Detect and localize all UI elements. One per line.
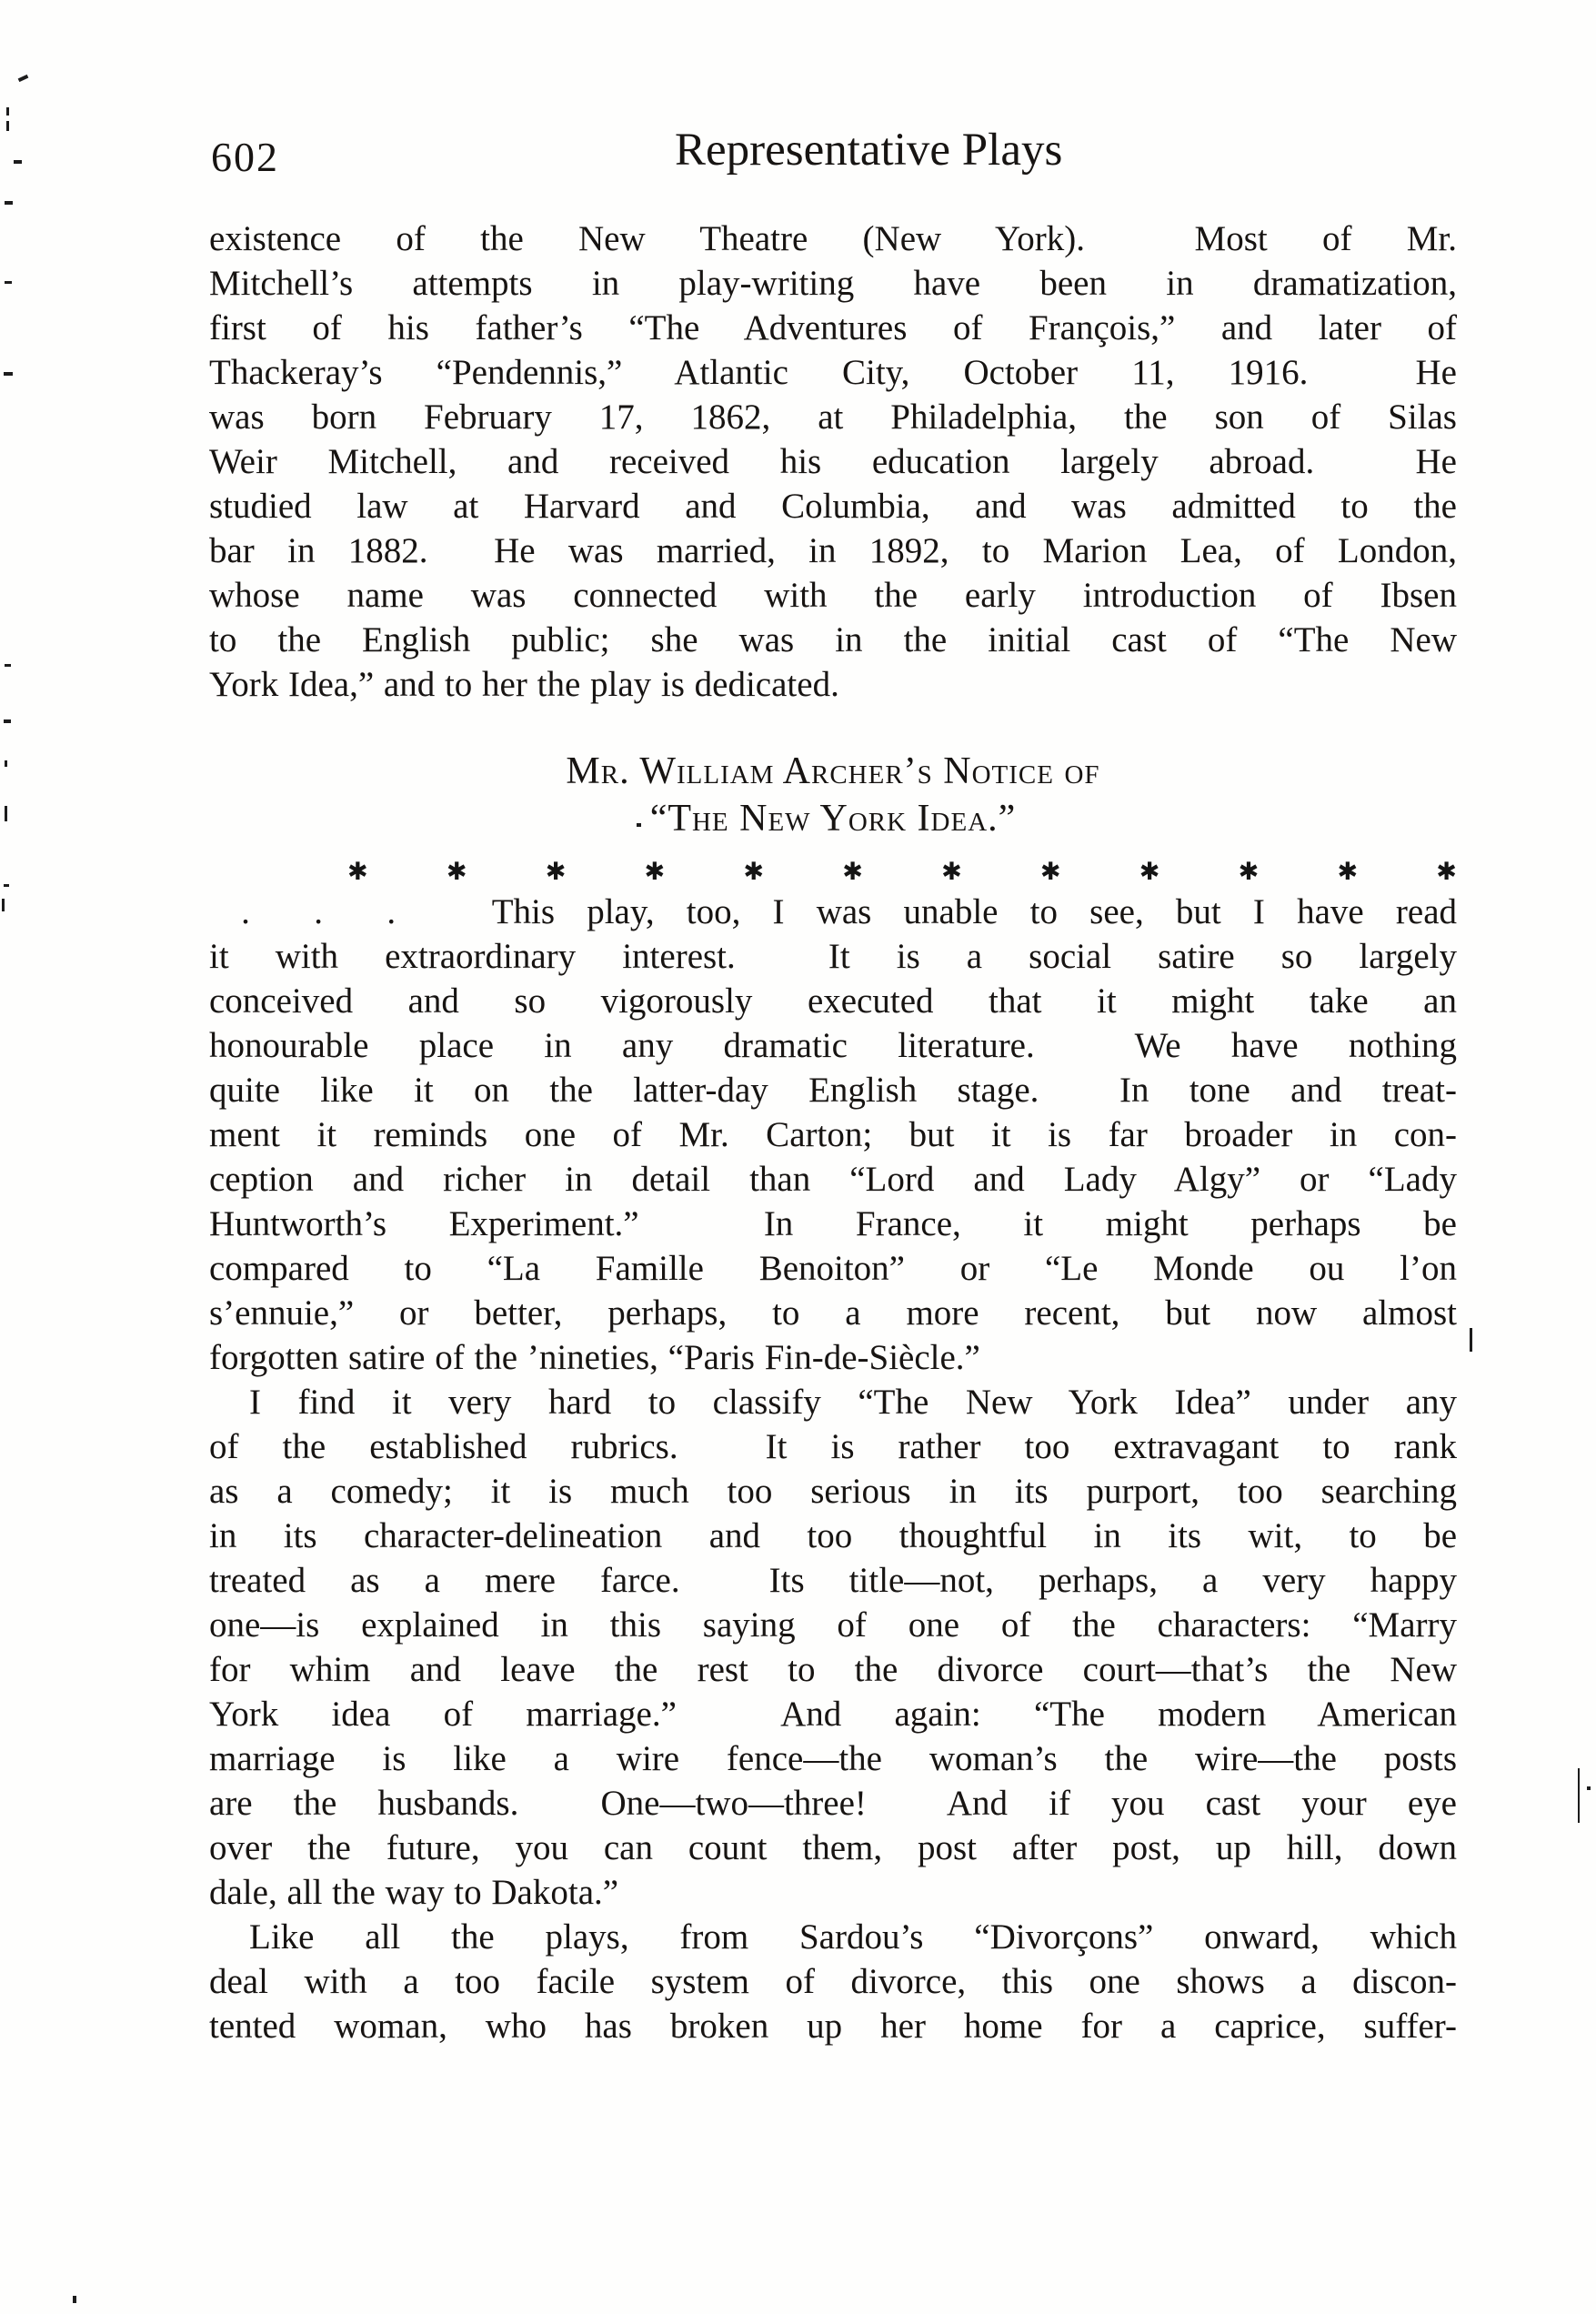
text-line: York Idea,” and to her the play is dedic… (209, 662, 1457, 707)
text-line: ment it reminds one of Mr. Carton; but i… (209, 1112, 1457, 1157)
paragraph-archer-review-1: . . . This play, too, I was unable to se… (209, 890, 1457, 1380)
asterisk-glyph: ✱ (447, 858, 467, 886)
scan-artifact (73, 2296, 76, 2303)
text-line: treated as a mere farce. Its title—not, … (209, 1558, 1457, 1603)
scan-artifact (1470, 1328, 1472, 1352)
text-line: Mitchell’s attempts in play-writing have… (209, 261, 1457, 306)
asterisk-glyph: ✱ (743, 858, 764, 886)
asterisk-glyph: ✱ (645, 858, 666, 886)
asterisk-glyph: ✱ (1139, 858, 1160, 886)
text-line: s’ennuie,” or better, perhaps, to a more… (209, 1291, 1457, 1335)
scan-artifact (2, 899, 5, 911)
notice-heading-line-1: Mr. William Archer’s Notice of (209, 748, 1457, 795)
text-line: tented woman, who has broken up her home… (209, 2004, 1457, 2048)
text-column: existence of the New Theatre (New York).… (209, 216, 1457, 2048)
text-line: . . . This play, too, I was unable to se… (209, 890, 1457, 934)
asterisk-glyph: ✱ (941, 858, 962, 886)
text-line: was born February 17, 1862, at Philadelp… (209, 395, 1457, 439)
text-line: bar in 1882. He was married, in 1892, to… (209, 528, 1457, 573)
scan-artifact (5, 760, 7, 767)
text-line: it with extraordinary interest. It is a … (209, 934, 1457, 979)
text-line: are the husbands. One—two—three! And if … (209, 1781, 1457, 1826)
text-line: existence of the New Theatre (New York).… (209, 216, 1457, 261)
text-line: studied law at Harvard and Columbia, and… (209, 484, 1457, 528)
text-line: marriage is like a wire fence—the woman’… (209, 1736, 1457, 1781)
scan-artifact (1578, 1768, 1580, 1823)
scan-artifact (5, 664, 11, 667)
text-line: forgotten satire of the ’nineties, “Pari… (209, 1335, 1457, 1380)
text-line: compared to “La Famille Benoiton” or “Le… (209, 1246, 1457, 1291)
scan-artifact (1587, 1786, 1591, 1790)
text-line: quite like it on the latter-day English … (209, 1068, 1457, 1112)
text-line: first of his father’s “The Adventures of… (209, 306, 1457, 350)
text-line: Weir Mitchell, and received his educatio… (209, 439, 1457, 484)
text-line: as a comedy; it is much too serious in i… (209, 1469, 1457, 1514)
scan-artifact (4, 884, 9, 887)
asterisk-glyph: ✱ (1239, 858, 1260, 886)
paragraph-archer-review-2: I find it very hard to classify “The New… (209, 1380, 1457, 1915)
text-line: York idea of marriage.” And again: “The … (209, 1692, 1457, 1736)
scan-artifact (5, 281, 12, 284)
paragraph-archer-review-3: Like all the plays, from Sardou’s “Divor… (209, 1915, 1457, 2048)
asterisk-glyph: ✱ (1040, 858, 1061, 886)
text-line: honourable place in any dramatic literat… (209, 1023, 1457, 1068)
text-line: whose name was connected with the early … (209, 573, 1457, 618)
paragraph-biography: existence of the New Theatre (New York).… (209, 216, 1457, 707)
text-line: Huntworth’s Experiment.” In France, it m… (209, 1202, 1457, 1246)
notice-heading: Mr. William Archer’s Notice of “The New … (209, 748, 1457, 842)
text-line: to the English public; she was in the in… (209, 618, 1457, 662)
scan-artifact (5, 201, 13, 205)
text-line: deal with a too facile system of divorce… (209, 1959, 1457, 2004)
scan-artifact (6, 121, 9, 131)
text-line: in its character-delineation and too tho… (209, 1514, 1457, 1558)
scan-artifact (14, 160, 22, 164)
book-page: 602 Representative Plays existence of th… (0, 0, 1596, 2314)
page-number: 602 (211, 133, 279, 181)
notice-heading-line-2: “The New York Idea.” (209, 795, 1457, 842)
text-line: over the future, you can count them, pos… (209, 1826, 1457, 1870)
text-line: I find it very hard to classify “The New… (209, 1380, 1457, 1424)
scan-artifact (4, 719, 11, 723)
page-title: Representative Plays (675, 124, 1062, 176)
asterisk-separator: ✱✱✱✱✱✱✱✱✱✱✱✱ (347, 853, 1457, 890)
text-line: one—is explained in this saying of one o… (209, 1603, 1457, 1647)
asterisk-glyph: ✱ (347, 858, 368, 886)
scan-artifact (4, 372, 13, 376)
asterisk-glyph: ✱ (1337, 858, 1358, 886)
text-line: of the established rubrics. It is rather… (209, 1424, 1457, 1469)
text-line: dale, all the way to Dakota.” (209, 1870, 1457, 1915)
text-line: Like all the plays, from Sardou’s “Divor… (209, 1915, 1457, 1959)
asterisk-glyph: ✱ (842, 858, 863, 886)
text-line: conceived and so vigorously executed tha… (209, 979, 1457, 1023)
asterisk-glyph: ✱ (546, 858, 567, 886)
text-line: Thackeray’s “Pendennis,” Atlantic City, … (209, 350, 1457, 395)
text-line: ception and richer in detail than “Lord … (209, 1157, 1457, 1202)
text-line: for whim and leave the rest to the divor… (209, 1647, 1457, 1692)
scan-artifact (637, 823, 641, 827)
asterisk-glyph: ✱ (1436, 858, 1457, 886)
scan-artifact (5, 806, 7, 821)
scan-artifact (6, 107, 9, 116)
scan-artifact (18, 75, 29, 82)
